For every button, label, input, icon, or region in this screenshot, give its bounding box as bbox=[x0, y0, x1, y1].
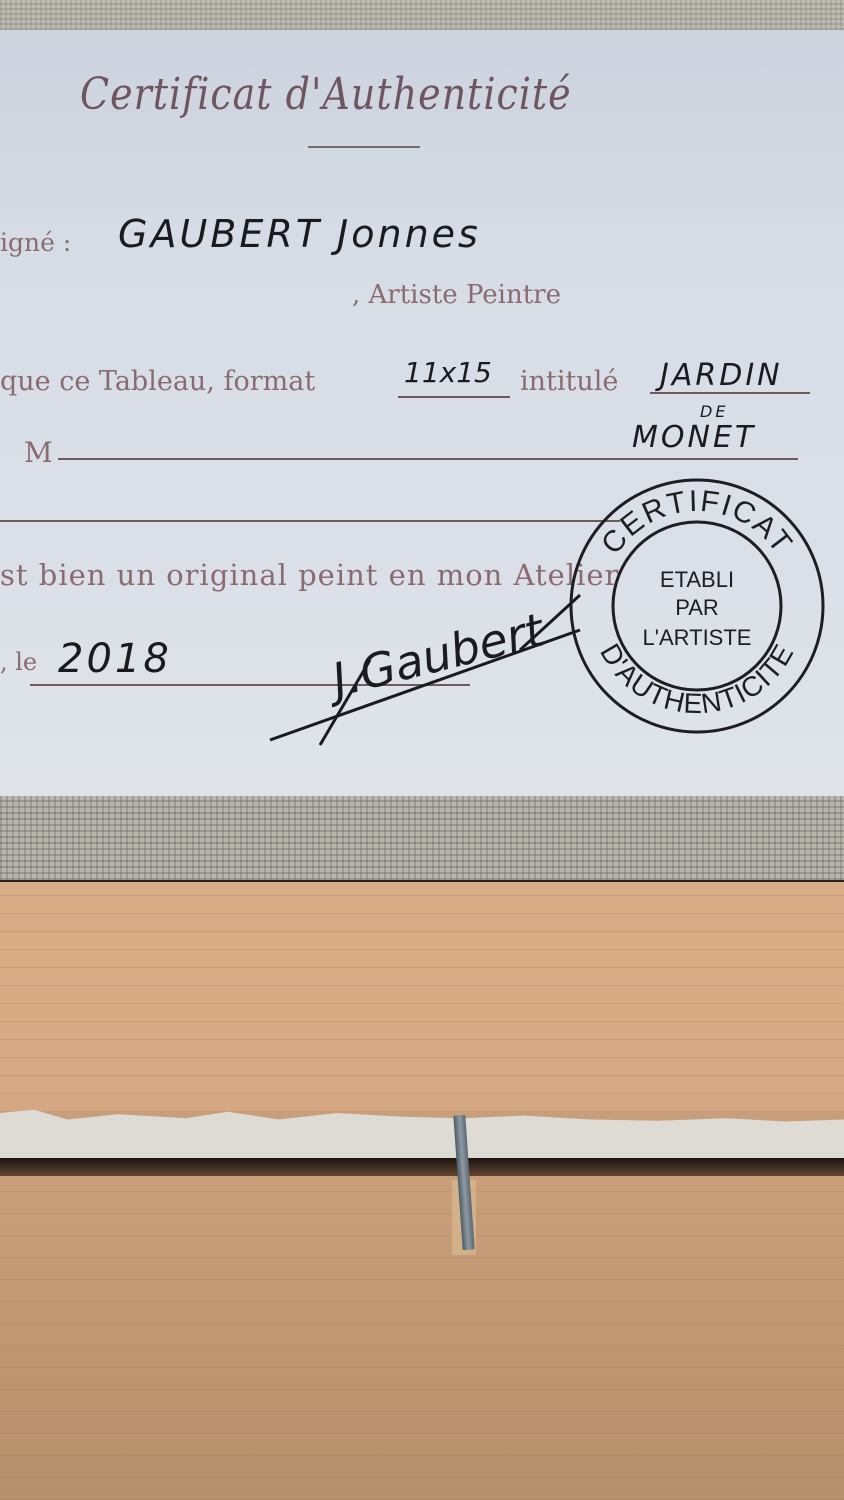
svg-text:ETABLI: ETABLI bbox=[660, 567, 734, 592]
original-statement: st bien un original peint en mon Atelier bbox=[0, 558, 619, 592]
wood-stretcher-bar bbox=[0, 882, 844, 1112]
wood-frame bbox=[0, 1176, 844, 1500]
canvas-backing-edge bbox=[0, 796, 844, 883]
svg-text:PAR: PAR bbox=[675, 595, 719, 620]
authenticity-stamp: CERTIFICAT D'AUTHENTICITE ETABLI PAR L'A… bbox=[568, 477, 826, 735]
date-prefix: , le bbox=[0, 648, 37, 676]
year-handwritten: 2018 bbox=[58, 636, 172, 682]
artist-role-label: , Artiste Peintre bbox=[352, 280, 561, 310]
frame-gap-shadow bbox=[0, 1158, 844, 1178]
m-rule bbox=[58, 458, 798, 460]
title-rule bbox=[650, 392, 810, 394]
painting-format-label: que ce Tableau, format bbox=[0, 366, 315, 397]
title-underline bbox=[308, 146, 420, 148]
format-handwritten: 11x15 bbox=[404, 356, 492, 389]
m-label: M bbox=[24, 436, 53, 469]
painting-title-line2: DE bbox=[700, 402, 728, 421]
certificate-title: Certificat d'Authenticité bbox=[80, 69, 680, 120]
undersigned-label: igné : bbox=[0, 228, 71, 257]
svg-text:D'AUTHENTICITE: D'AUTHENTICITE bbox=[594, 638, 800, 719]
artist-name-handwritten: GAUBERT Jonnes bbox=[118, 212, 481, 256]
signature-flourish bbox=[260, 590, 590, 750]
format-rule bbox=[398, 396, 510, 398]
painting-title-line1: JARDIN bbox=[660, 358, 783, 393]
titled-label: intitulé bbox=[520, 366, 618, 397]
painting-title-line3: MONET bbox=[632, 420, 756, 455]
svg-text:L'ARTISTE: L'ARTISTE bbox=[643, 625, 752, 650]
blank-rule bbox=[0, 520, 620, 522]
stamp-seal-icon: CERTIFICAT D'AUTHENTICITE ETABLI PAR L'A… bbox=[568, 477, 826, 735]
